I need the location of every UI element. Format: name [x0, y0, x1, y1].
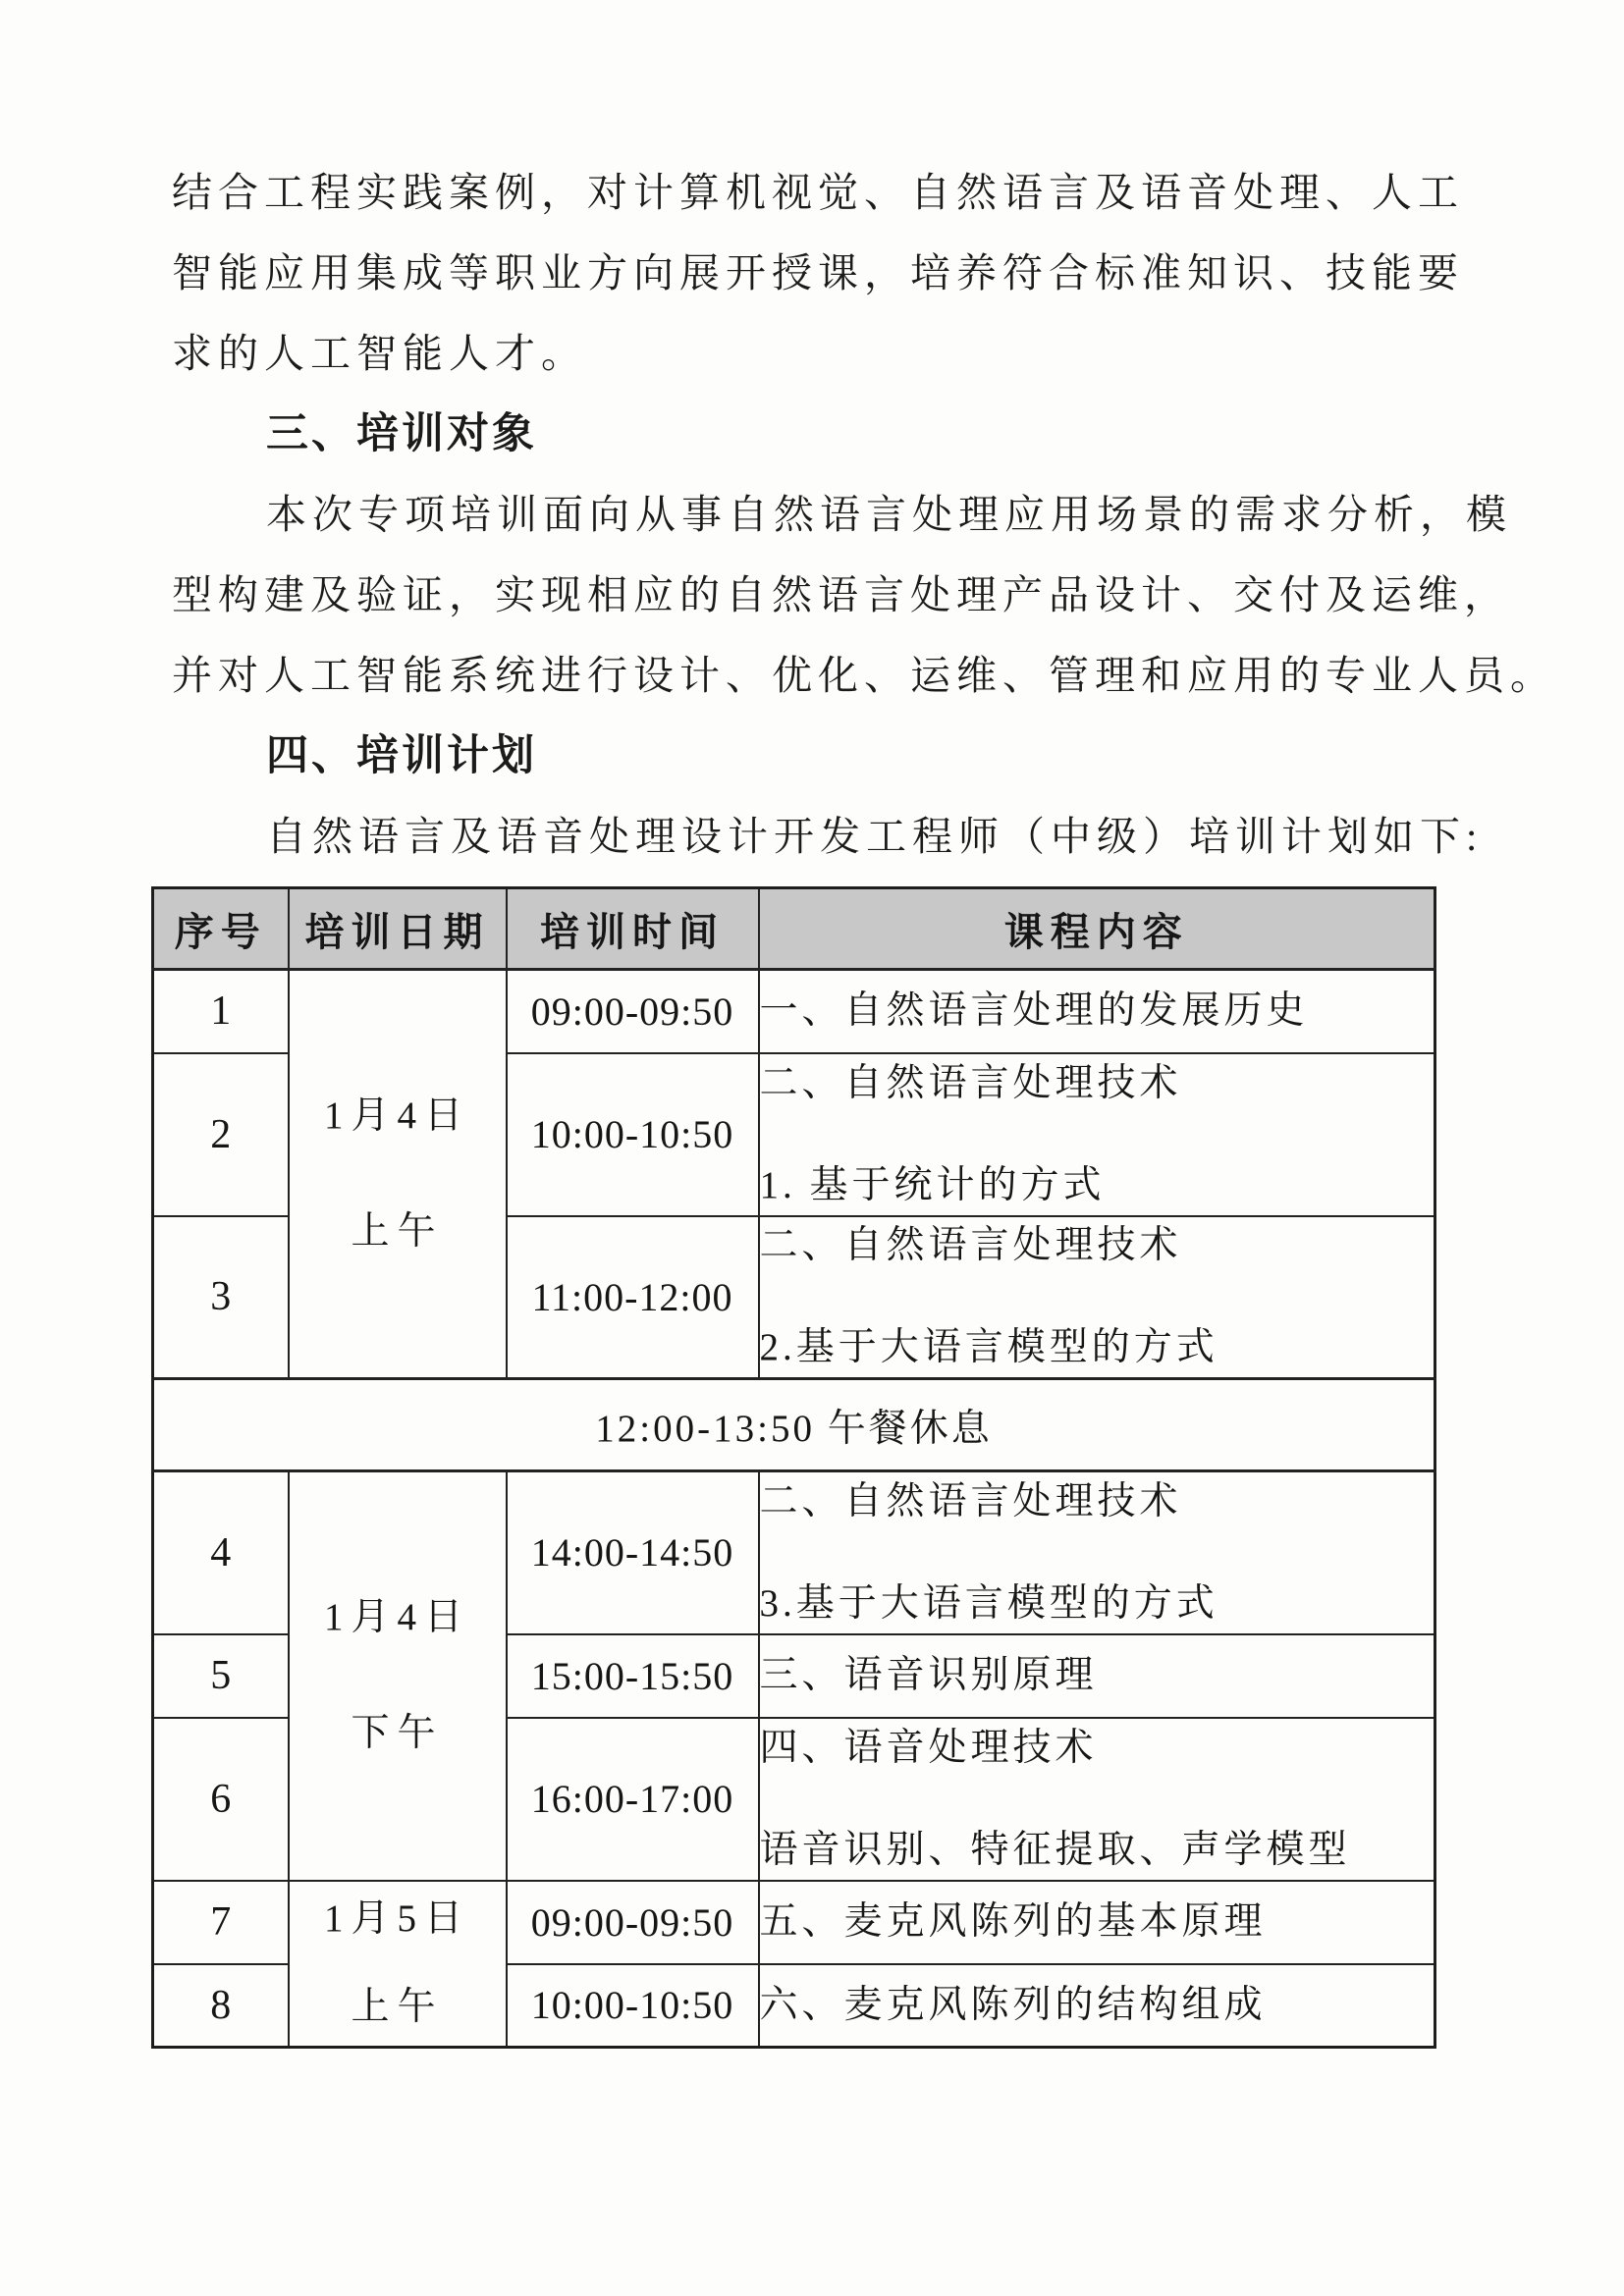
- course-line: 二、自然语言处理技术: [760, 1478, 1435, 1525]
- cell-date-jan5-am: 1月5日 上午: [289, 1881, 507, 2048]
- cell-time-1: 09:00-09:50: [507, 970, 759, 1053]
- cell-time-6: 16:00-17:00: [507, 1718, 759, 1881]
- cell-content-4: 二、自然语言处理技术 3.基于大语言模型的方式: [759, 1471, 1435, 1634]
- table-row: 4 1月4日 下午 14:00-14:50 二、自然语言处理技术 3.基于大语言…: [153, 1471, 1435, 1634]
- cell-seq-8: 8: [153, 1964, 289, 2048]
- cell-time-2: 10:00-10:50: [507, 1053, 759, 1216]
- header-content: 课程内容: [759, 888, 1435, 970]
- cell-content-6: 四、语音处理技术 语音识别、特征提取、声学模型: [759, 1718, 1435, 1881]
- paragraph-line: 并对人工智能系统进行设计、优化、运维、管理和应用的专业人员。: [172, 635, 1468, 716]
- cell-seq-6: 6: [153, 1718, 289, 1881]
- cell-content-5: 三、语音识别原理: [759, 1634, 1435, 1718]
- cell-date-jan4-am: 1月4日 上午: [289, 970, 507, 1379]
- course-line: 六、麦克风陈列的结构组成: [760, 1982, 1435, 2029]
- lunch-break-row: 12:00-13:50 午餐休息: [153, 1379, 1435, 1471]
- date-line: 1月4日: [290, 1595, 506, 1640]
- training-schedule-table: 序号 培训日期 培训时间 课程内容 1 1月4日 上午 09:00-09:50 …: [151, 886, 1436, 2049]
- course-line: 一、自然语言处理的发展历史: [760, 988, 1435, 1035]
- cell-time-8: 10:00-10:50: [507, 1964, 759, 2048]
- paragraph-line: 结合工程实践案例，对计算机视觉、自然语言及语音处理、人工: [172, 152, 1468, 233]
- cell-seq-5: 5: [153, 1634, 289, 1718]
- date-line: 下午: [290, 1711, 506, 1756]
- course-line: 2.基于大语言模型的方式: [760, 1324, 1435, 1371]
- cell-content-8: 六、麦克风陈列的结构组成: [759, 1964, 1435, 2048]
- cell-date-jan4-pm: 1月4日 下午: [289, 1471, 507, 1881]
- cell-content-1: 一、自然语言处理的发展历史: [759, 970, 1435, 1053]
- cell-seq-4: 4: [153, 1471, 289, 1634]
- date-line: 上午: [290, 1985, 506, 2030]
- cell-time-3: 11:00-12:00: [507, 1216, 759, 1379]
- course-line: 四、语音处理技术: [760, 1725, 1435, 1772]
- paragraph-line: 本次专项培训面向从事自然语言处理应用场景的需求分析，模: [172, 474, 1468, 555]
- cell-time-5: 15:00-15:50: [507, 1634, 759, 1718]
- course-line: 二、自然语言处理技术: [760, 1222, 1435, 1269]
- cell-content-7: 五、麦克风陈列的基本原理: [759, 1881, 1435, 1964]
- date-line: 上午: [290, 1209, 506, 1255]
- table-intro-line: 自然语言及语音处理设计开发工程师（中级）培训计划如下:: [172, 796, 1468, 877]
- paragraph-line: 智能应用集成等职业方向展开授课，培养符合标准知识、技能要: [172, 233, 1468, 313]
- cell-content-2: 二、自然语言处理技术 1. 基于统计的方式: [759, 1053, 1435, 1216]
- table-row: 1 1月4日 上午 09:00-09:50 一、自然语言处理的发展历史: [153, 970, 1435, 1053]
- cell-time-4: 14:00-14:50: [507, 1471, 759, 1634]
- course-line: 五、麦克风陈列的基本原理: [760, 1898, 1435, 1946]
- document-page: 结合工程实践案例，对计算机视觉、自然语言及语音处理、人工 智能应用集成等职业方向…: [0, 0, 1624, 2296]
- table-row: 7 1月5日 上午 09:00-09:50 五、麦克风陈列的基本原理: [153, 1881, 1435, 1964]
- cell-seq-2: 2: [153, 1053, 289, 1216]
- header-seq: 序号: [153, 888, 289, 970]
- date-line: 1月5日: [290, 1896, 506, 1942]
- course-line: 1. 基于统计的方式: [760, 1162, 1435, 1209]
- cell-content-3: 二、自然语言处理技术 2.基于大语言模型的方式: [759, 1216, 1435, 1379]
- course-line: 二、自然语言处理技术: [760, 1060, 1435, 1107]
- header-time: 培训时间: [507, 888, 759, 970]
- header-date: 培训日期: [289, 888, 507, 970]
- cell-time-7: 09:00-09:50: [507, 1881, 759, 1964]
- course-line: 3.基于大语言模型的方式: [760, 1580, 1435, 1628]
- cell-seq-7: 7: [153, 1881, 289, 1964]
- table-header-row: 序号 培训日期 培训时间 课程内容: [153, 888, 1435, 970]
- course-line: 语音识别、特征提取、声学模型: [760, 1827, 1435, 1874]
- paragraph-line: 型构建及验证，实现相应的自然语言处理产品设计、交付及运维，: [172, 555, 1468, 635]
- paragraph-line: 求的人工智能人才。: [172, 313, 1468, 394]
- body-text: 结合工程实践案例，对计算机视觉、自然语言及语音处理、人工 智能应用集成等职业方向…: [172, 152, 1468, 877]
- cell-lunch-break: 12:00-13:50 午餐休息: [153, 1379, 1435, 1471]
- date-line: 1月4日: [290, 1094, 506, 1139]
- cell-seq-1: 1: [153, 970, 289, 1053]
- course-line: 三、语音识别原理: [760, 1652, 1435, 1699]
- cell-seq-3: 3: [153, 1216, 289, 1379]
- section-heading-training-plan: 四、培训计划: [172, 716, 1468, 796]
- section-heading-training-audience: 三、培训对象: [172, 394, 1468, 474]
